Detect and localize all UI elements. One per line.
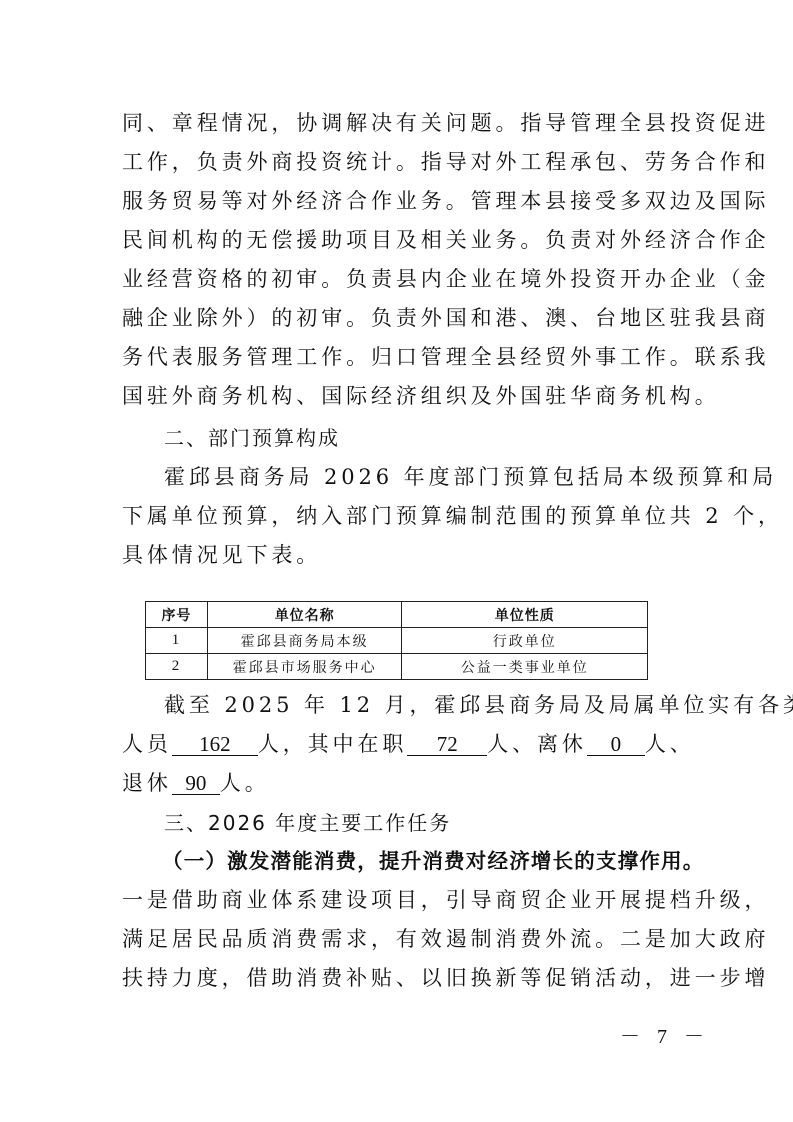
table-cell: 公益一类事业单位 — [402, 654, 648, 680]
column-header: 单位名称 — [207, 602, 402, 628]
body-text-line: 国驻外商务机构、国际经济组织及外国驻华商务机构。 — [122, 383, 682, 409]
staff-count-line: 人员162人，其中在职72人、离休0人、 — [122, 731, 682, 757]
body-text-line: 霍邱县商务局 2026 年度部门预算包括局本级预算和局 — [164, 464, 724, 490]
body-text-line: 具体情况见下表。 — [122, 542, 682, 568]
body-text-line: 下属单位预算，纳入部门预算编制范围的预算单位共 2 个， — [122, 503, 682, 529]
unit-label: 人 — [645, 732, 670, 756]
active-staff-value: 72 — [407, 733, 487, 756]
punctuation: 。 — [245, 771, 270, 795]
body-text-line: 一是借助商业体系建设项目，引导商贸企业开展提档升级， — [122, 887, 682, 913]
column-header: 序号 — [146, 602, 208, 628]
body-text-line: 服务贸易等对外经济合作业务。管理本县接受多双边及国际 — [122, 188, 682, 214]
body-text-line: 民间机构的无偿援助项目及相关业务。负责对外经济合作企 — [122, 227, 682, 253]
active-staff-label: ，其中在职 — [283, 732, 408, 756]
table-cell: 2 — [146, 654, 208, 680]
unit-label: 人 — [220, 771, 245, 795]
table-cell: 1 — [146, 628, 208, 654]
body-text-line: 同、章程情况，协调解决有关问题。指导管理全县投资促进 — [122, 110, 682, 136]
table-header-row: 序号 单位名称 单位性质 — [146, 602, 648, 628]
unit-label: 人 — [258, 732, 283, 756]
punctuation: 、 — [670, 732, 695, 756]
staff-label: 人员 — [122, 732, 172, 756]
section-heading: 二、部门预算构成 — [164, 425, 724, 451]
column-header: 单位性质 — [402, 602, 648, 628]
total-staff-value: 162 — [172, 733, 258, 756]
staff-count-line: 退休90人。 — [122, 770, 682, 796]
section-heading: 三、2026 年度主要工作任务 — [164, 810, 724, 836]
body-text-line: 务代表服务管理工作。归口管理全县经贸外事工作。联系我 — [122, 344, 682, 370]
table-cell: 行政单位 — [402, 628, 648, 654]
page-number: － 7 － — [620, 1020, 710, 1049]
document-page: 同、章程情况，协调解决有关问题。指导管理全县投资促进 工作，负责外商投资统计。指… — [0, 0, 793, 1122]
budget-units-table: 序号 单位名称 单位性质 1 霍邱县商务局本级 行政单位 2 霍邱县市场服务中心… — [145, 601, 648, 680]
subsection-heading: （一）激发潜能消费，提升消费对经济增长的支撑作用。 — [162, 848, 722, 874]
table-cell: 霍邱县市场服务中心 — [207, 654, 402, 680]
body-text-line: 截至 2025 年 12 月，霍邱县商务局及局属单位实有各类 — [164, 692, 724, 718]
unit-label: 人 — [487, 732, 512, 756]
early-retired-label: 、离休 — [512, 732, 587, 756]
body-text-line: 工作，负责外商投资统计。指导对外工程承包、劳务合作和 — [122, 149, 682, 175]
body-text-line: 满足居民品质消费需求，有效遏制消费外流。二是加大政府 — [122, 926, 682, 952]
body-text-line: 扶持力度，借助消费补贴、以旧换新等促销活动，进一步增 — [122, 965, 682, 991]
body-text-line: 业经营资格的初审。负责县内企业在境外投资开办企业（金 — [122, 266, 682, 292]
retired-label: 退休 — [122, 771, 172, 795]
table-row: 2 霍邱县市场服务中心 公益一类事业单位 — [146, 654, 648, 680]
early-retired-value: 0 — [587, 733, 645, 756]
table-row: 1 霍邱县商务局本级 行政单位 — [146, 628, 648, 654]
body-text-line: 融企业除外）的初审。负责外国和港、澳、台地区驻我县商 — [122, 305, 682, 331]
table-cell: 霍邱县商务局本级 — [207, 628, 402, 654]
retired-value: 90 — [172, 772, 220, 795]
